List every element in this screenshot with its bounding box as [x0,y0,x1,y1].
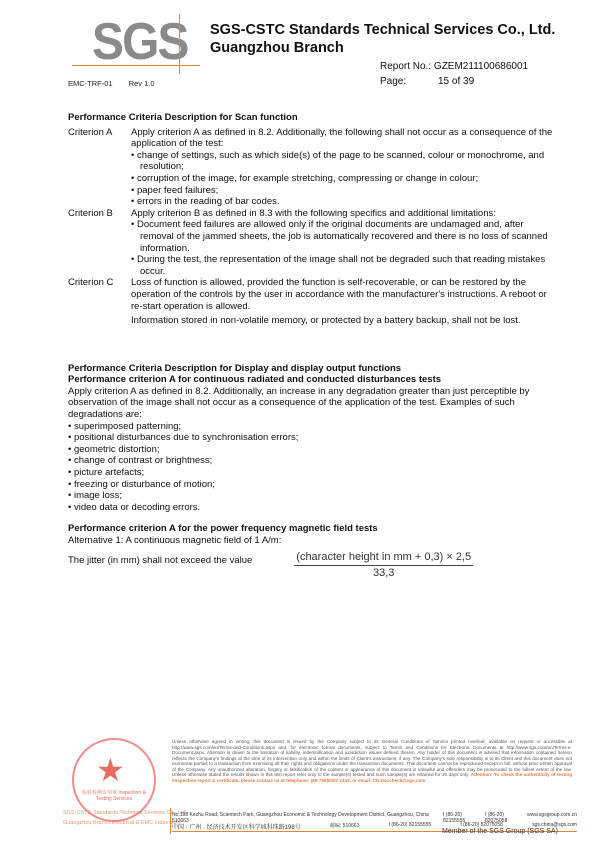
criterion-intro: Apply criterion A as defined in 8.2. Add… [131,127,558,150]
list-item: • Document feed failures are allowed onl… [131,219,558,254]
logo-vertical-line [179,14,180,74]
criterion-note: Information stored in non-volatile memor… [131,315,558,327]
member-statement: Member of the SGS Group (SGS SA) [442,828,558,835]
list-item: • change of contrast or brightness; [68,455,558,467]
lab-name-line1: SGS-CSTC Standards Technical Services Co… [63,810,187,816]
display-section-subtitle: Performance criterion A for continuous r… [68,374,558,386]
list-item: • During the test, the representation of… [131,254,558,277]
formula-numerator: (character height in mm + 0,3) × 2,5 [294,552,473,567]
report-content: Performance Criteria Description for Sca… [68,112,558,580]
list-item: • corruption of the image, for example s… [131,173,558,185]
criterion-label: Criterion C [68,277,131,326]
list-item: • picture artefacts; [68,467,558,479]
postcode-cn: 邮编: 510663 [330,822,359,831]
company-name: SGS-CSTC Standards Technical Services Co… [210,21,555,57]
list-item: • change of settings, such as which side… [131,150,558,173]
criterion-label: Criterion A [68,127,131,208]
list-item: • image loss; [68,490,558,502]
magnetic-alternative: Alternative 1: A continuous magnetic fie… [68,535,558,547]
footer-separator [170,808,171,834]
page-footer: ★ 检验检测专用章 Inspection & Testing Services … [0,730,595,841]
revision: Rev 1.0 [129,79,155,88]
formula-denominator: 33,3 [294,566,473,580]
criterion-b: Criterion B Apply criterion B as defined… [68,208,558,278]
list-item: • superimposed patterning; [68,421,558,433]
list-item: • video data or decoding errors. [68,502,558,514]
criterion-label: Criterion B [68,208,131,278]
legal-disclaimer: Unless otherwise agreed in writing, this… [172,739,572,783]
criterion-intro: Apply criterion B as defined in 8.3 with… [131,208,558,220]
company-line1: SGS-CSTC Standards Technical Services Co… [210,21,555,39]
display-intro: Apply criterion A as defined in 8.2. Add… [68,386,558,421]
list-item: • paper feed failures; [131,185,558,197]
list-item: • positional disturbances due to synchro… [68,432,558,444]
form-code: EMC-TRF-01 [68,79,113,88]
logo-horizontal-line [72,65,200,66]
stamp-text: 检验检测专用章 Inspection & Testing Services [80,790,148,802]
lab-name-line2: Guangzhou Branch Electrical & EMC Labora… [63,820,181,826]
page-value: 15 of 39 [438,76,474,87]
list-item: • freezing or disturbance of motion; [68,479,558,491]
jitter-text: The jitter (in mm) shall not exceed the … [68,555,252,567]
report-no: GZEM211100686001 [434,61,528,72]
page-label: Page: [380,74,438,89]
report-no-label: Report No.: [380,61,431,72]
sgs-logo: SGS [72,14,202,76]
star-icon: ★ [96,754,125,786]
jitter-requirement: The jitter (in mm) shall not exceed the … [68,555,558,580]
company-line2: Guangzhou Branch [210,39,555,57]
criterion-intro: Loss of function is allowed, provided th… [131,277,558,312]
display-section-title: Performance Criteria Description for Dis… [68,363,558,375]
report-info: Report No.: GZEM211100686001 Page:15 of … [380,59,528,89]
scan-section-title: Performance Criteria Description for Sca… [68,112,558,124]
address-cn: 中国 · 广州 · 经济技术开发区科学城科珠路198号 [172,822,301,831]
criterion-c: Criterion C Loss of function is allowed,… [68,277,558,326]
list-item: • geometric distortion; [68,444,558,456]
logo-text: SGS [92,16,188,68]
magnetic-section-title: Performance criterion A for the power fr… [68,523,558,535]
jitter-formula: (character height in mm + 0,3) × 2,5 33,… [294,552,473,580]
criterion-a: Criterion A Apply criterion A as defined… [68,127,558,208]
list-item: • errors in the reading of bar codes. [131,196,558,208]
telephone: t (86-20) 82155555 [389,822,432,831]
form-identifier: EMC-TRF-01 Rev 1.0 [68,79,169,88]
